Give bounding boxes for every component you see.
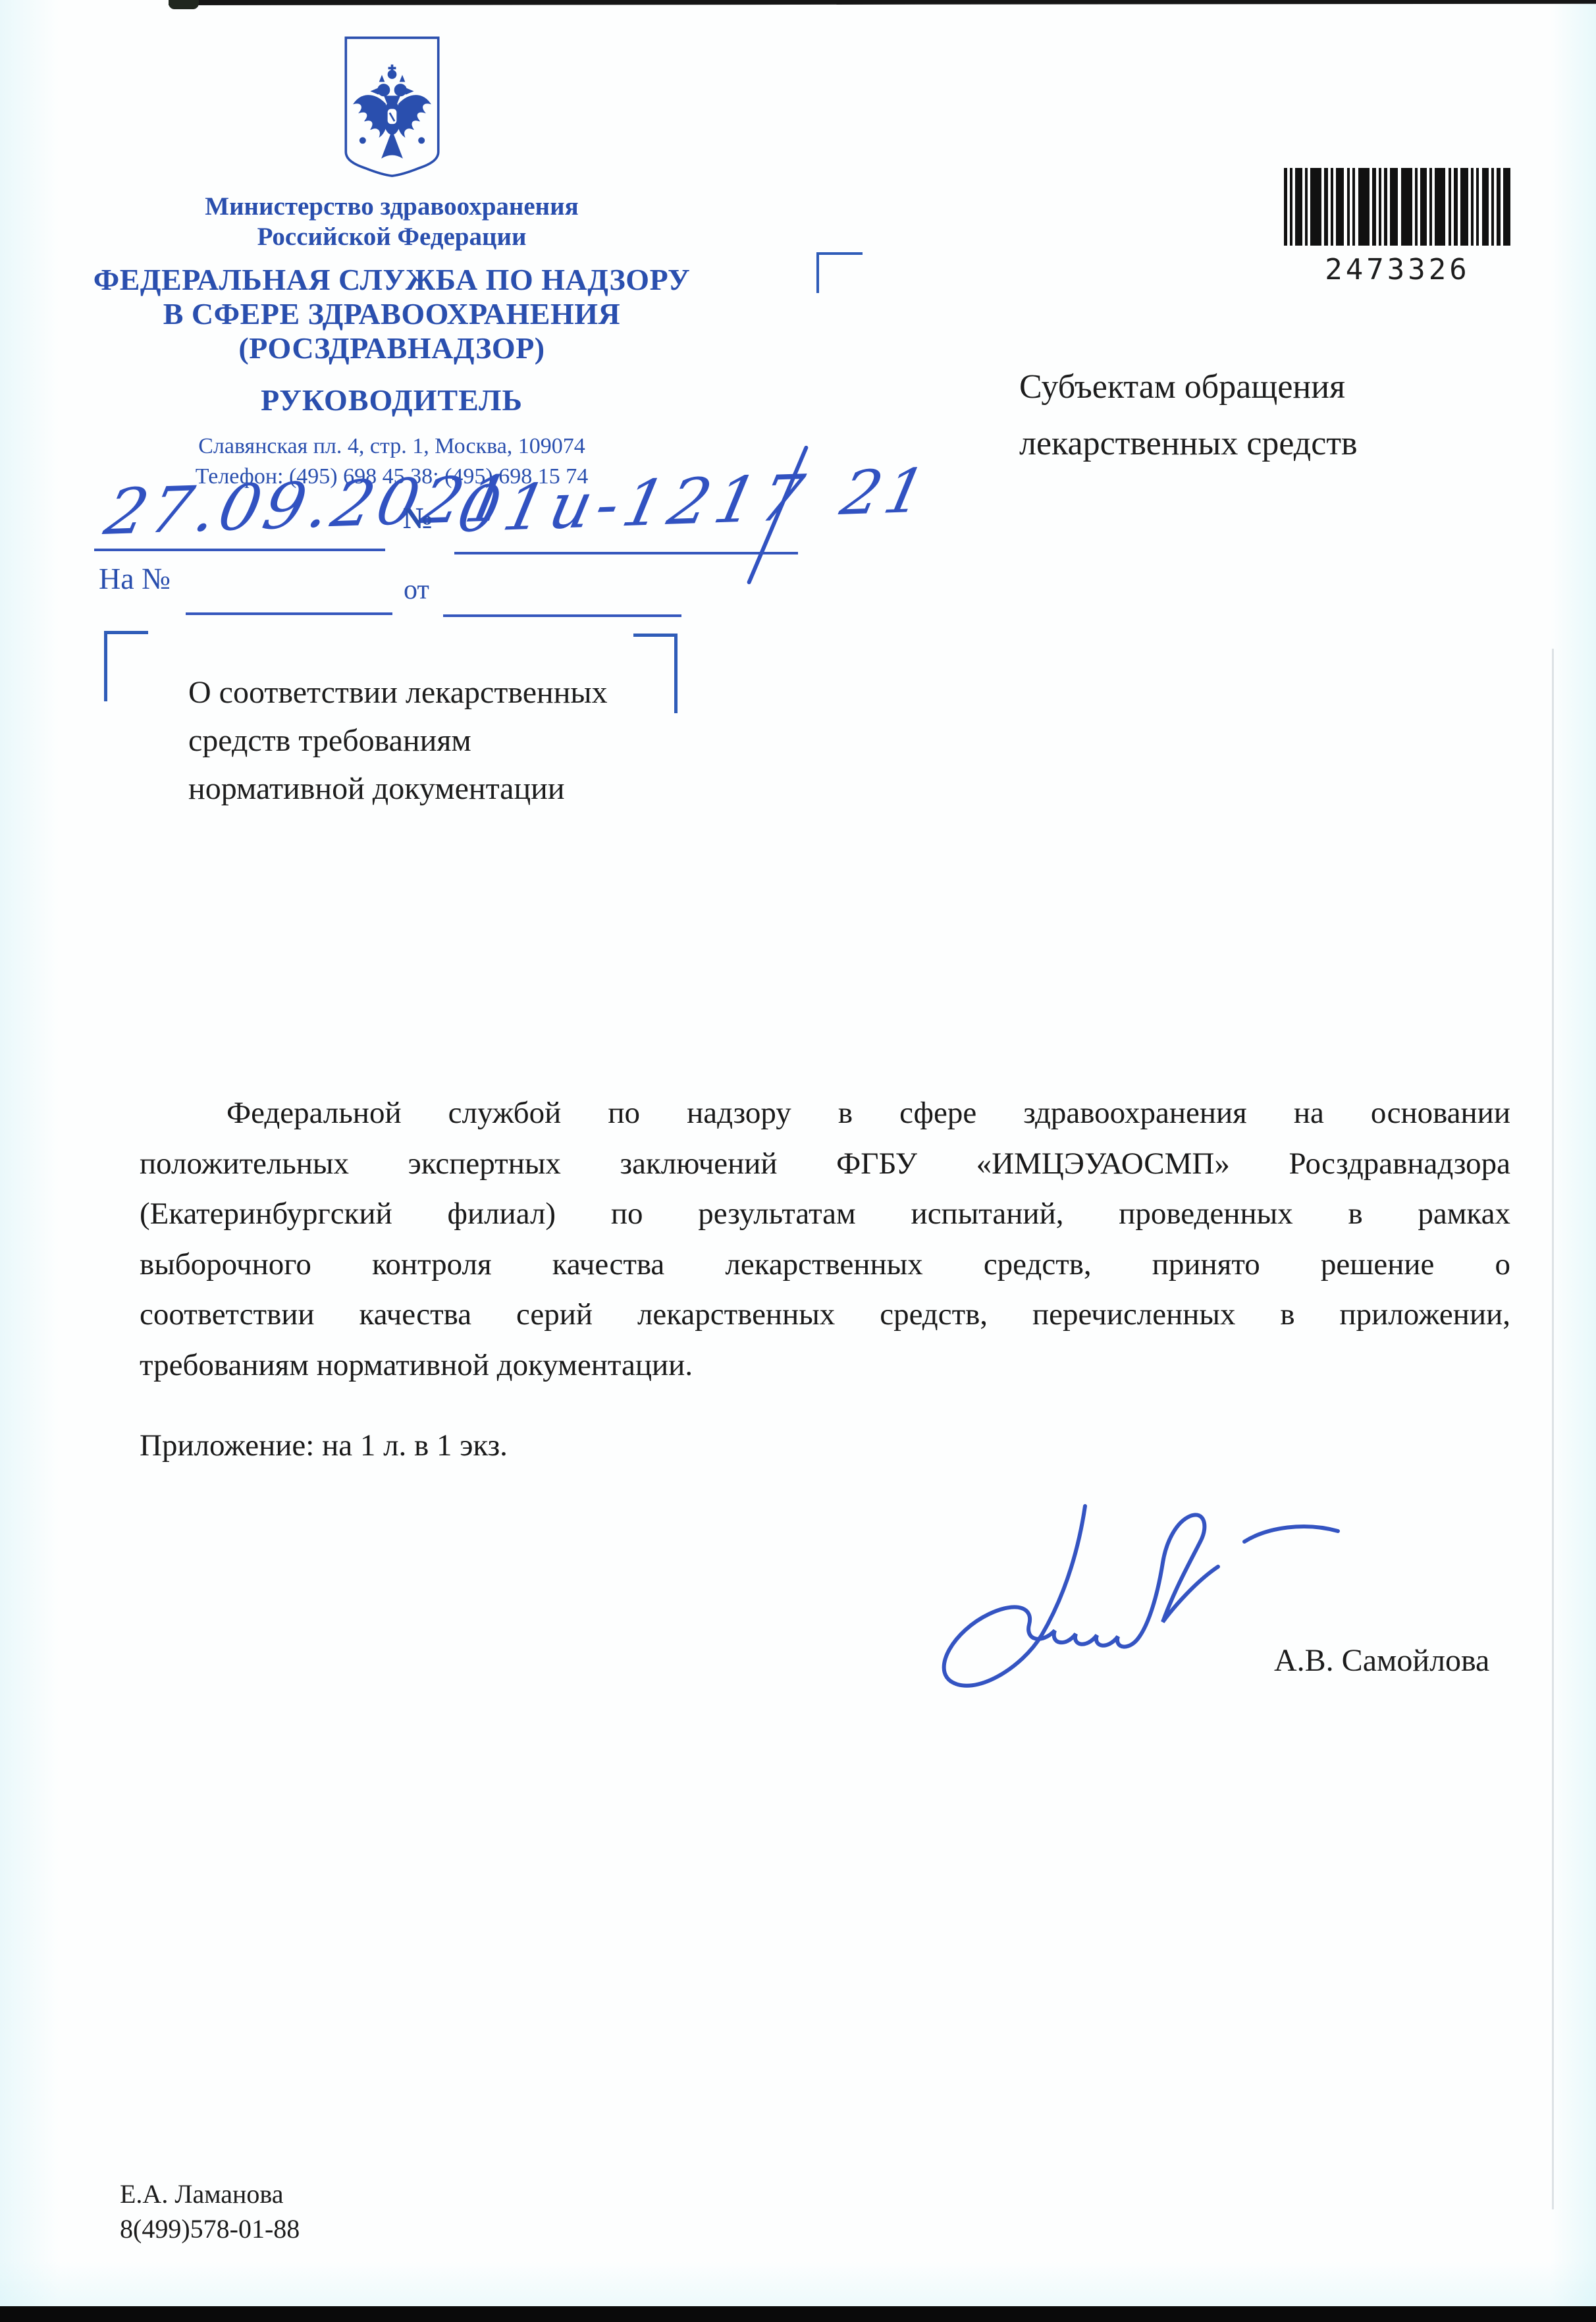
contact-address: Славянская пл. 4, стр. 1, Москва, 109074 xyxy=(92,431,691,462)
scanned-letter-page: Министерство здравоохранения Российской … xyxy=(0,0,1596,2322)
scan-edge-bottom xyxy=(0,2306,1596,2322)
state-emblem-icon xyxy=(341,34,443,182)
attachment-line: Приложение: на 1 л. в 1 экз. xyxy=(140,1428,508,1463)
number-sign: № xyxy=(403,500,433,535)
outgoing-number-handwritten: 01и-1217 xyxy=(451,461,815,547)
executor-phone: 8(499)578-01-88 xyxy=(120,2211,300,2246)
addressee-line1: Субъектам обращения xyxy=(1019,359,1358,416)
number-underline xyxy=(454,552,798,554)
subject-block: О соответствии лекарственных средств тре… xyxy=(188,668,608,813)
scan-line-artifact xyxy=(1552,649,1554,2209)
service-name: ФЕДЕРАЛЬНАЯ СЛУЖБА ПО НАДЗОРУ В СФЕРЕ ЗД… xyxy=(92,263,691,365)
executor-name: Е.А. Ламанова xyxy=(120,2176,300,2211)
ministry-name: Министерство здравоохранения Российской … xyxy=(92,192,691,252)
addressee-corner-mark xyxy=(816,252,863,293)
executor-block: Е.А. Ламанова 8(499)578-01-88 xyxy=(120,2176,300,2246)
body-line: требованиям нормативной документации. xyxy=(140,1340,1510,1391)
body-line: (Екатеринбургский филиал) по результатам… xyxy=(140,1189,1510,1239)
body-line: выборочного контроля качества лекарствен… xyxy=(140,1239,1510,1290)
reply-date-underline xyxy=(443,614,681,617)
scan-tint-bottom xyxy=(0,2261,1596,2308)
subject-zone-corner-mark-right xyxy=(633,634,678,713)
scan-tint-left xyxy=(0,0,59,2322)
scan-edge-top-blob xyxy=(169,0,199,9)
body-paragraph: Федеральной службой по надзору в сфере з… xyxy=(140,1088,1510,1390)
reply-number-underline xyxy=(186,612,392,615)
body-line: Федеральной службой по надзору в сфере з… xyxy=(140,1088,1510,1139)
subject-line3: нормативной документации xyxy=(188,765,608,813)
date-underline xyxy=(94,549,385,551)
reply-from-label: от xyxy=(404,574,429,606)
body-line: положительных экспертных заключений ФГБУ… xyxy=(140,1139,1510,1189)
barcode-number: 2473326 xyxy=(1284,253,1511,286)
addressee-block: Субъектам обращения лекарственных средст… xyxy=(1019,359,1358,472)
subject-line1: О соответствии лекарственных xyxy=(188,668,608,716)
subject-line2: средств требованиям xyxy=(188,716,608,765)
outgoing-number-suffix-handwritten: 21 xyxy=(835,456,936,529)
barcode-block: 2473326 xyxy=(1284,168,1511,286)
service-name-line2: В СФЕРЕ ЗДРАВООХРАНЕНИЯ xyxy=(92,297,691,331)
scan-tint-right xyxy=(1550,0,1596,2322)
barcode-icon xyxy=(1284,168,1511,246)
body-line: соответствии качества серий лекарственны… xyxy=(140,1289,1510,1340)
service-name-line1: ФЕДЕРАЛЬНАЯ СЛУЖБА ПО НАДЗОРУ xyxy=(92,263,691,297)
ministry-name-line2: Российской Федерации xyxy=(92,222,691,252)
ministry-name-line1: Министерство здравоохранения xyxy=(92,192,691,222)
position-title: РУКОВОДИТЕЛЬ xyxy=(92,385,691,416)
service-name-line3: (РОСЗДРАВНАДЗОР) xyxy=(92,331,691,365)
subject-zone-corner-mark-left xyxy=(104,631,148,701)
addressee-line2: лекарственных средств xyxy=(1019,416,1358,472)
signer-name: А.В. Самойлова xyxy=(1274,1642,1489,1679)
scan-edge-top xyxy=(169,0,1596,5)
letterhead-block: Министерство здравоохранения Российской … xyxy=(92,34,691,492)
reply-to-number-label: На № xyxy=(99,561,171,596)
